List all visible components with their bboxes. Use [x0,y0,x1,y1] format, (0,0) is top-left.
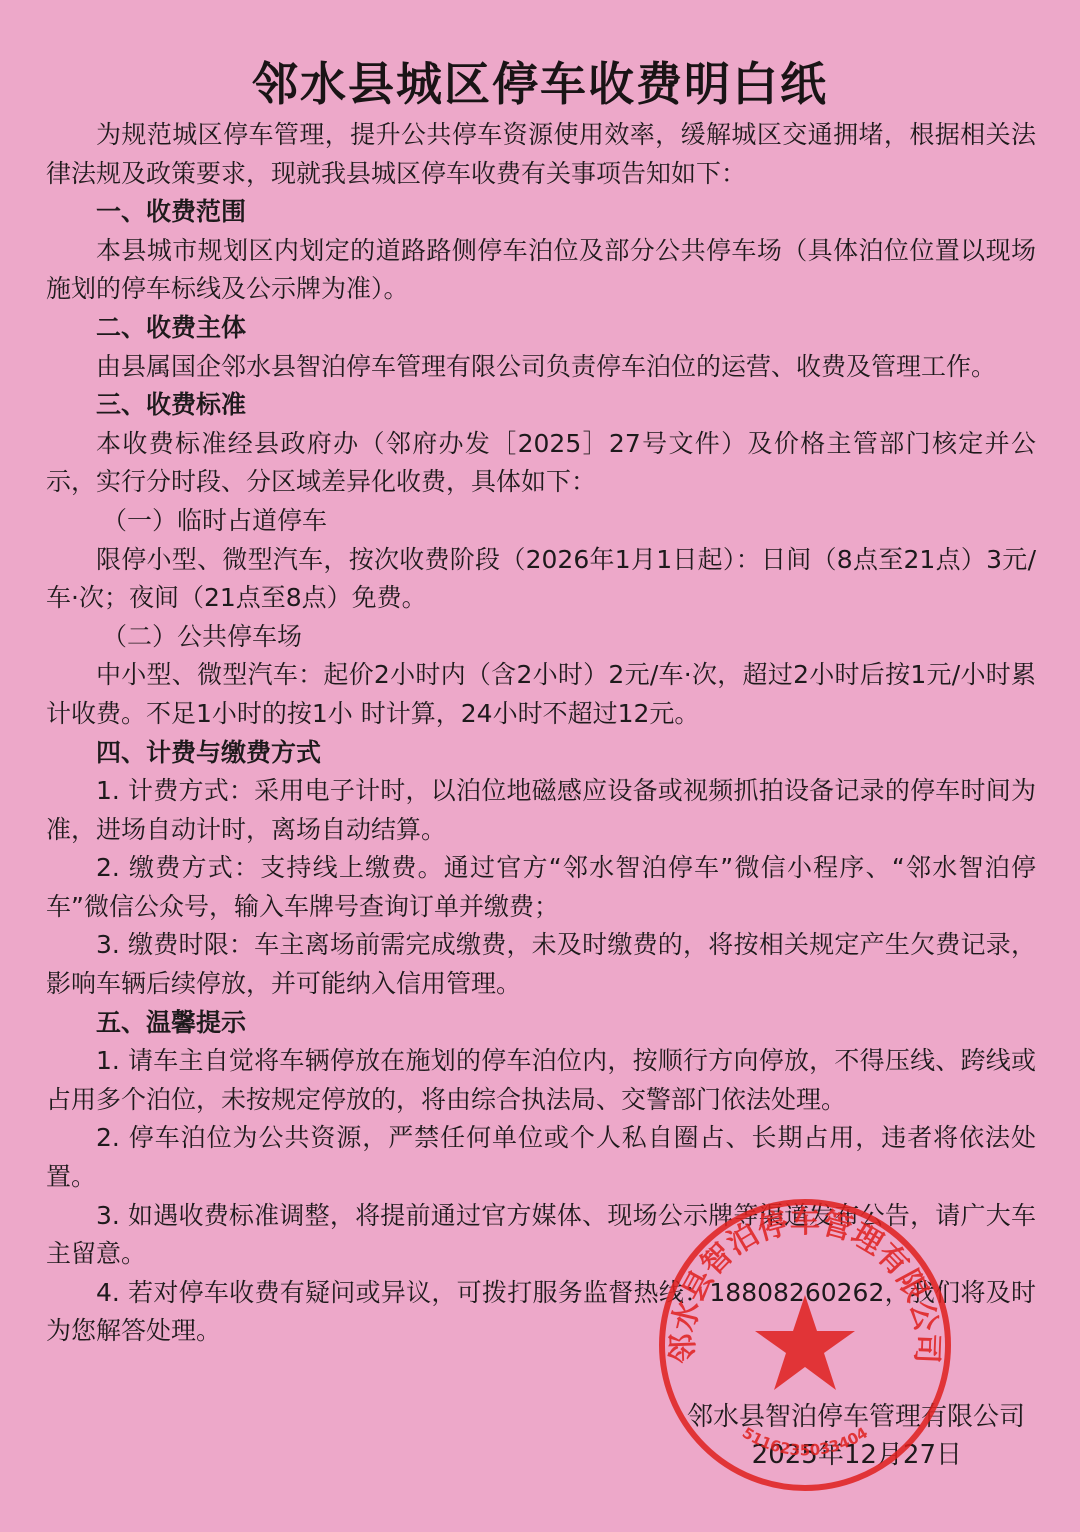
subsection-heading-roadside: （一）临时占道停车 [46,502,1036,541]
subsection-heading-public-lot: （二）公共停车场 [46,618,1036,657]
section-heading-tips: 五、温馨提示 [46,1004,1036,1043]
section-paragraph: 2. 停车泊位为公共资源，严禁任何单位或个人私自圈占、长期占用，违者将依法处置。 [46,1119,1036,1196]
section-paragraph: 3. 如遇收费标准调整，将提前通过官方媒体、现场公示牌等渠道发布公告，请广大车主… [46,1197,1036,1274]
signature-company: 邻水县智泊停车管理有限公司 [0,1396,1025,1433]
section-paragraph: 4. 若对停车收费有疑问或异议，可拨打服务监督热线：18808260262，我们… [46,1274,1036,1351]
section-heading-standard: 三、收费标准 [46,386,1036,425]
document-body: 为规范城区停车管理，提升公共停车资源使用效率，缓解城区交通拥堵，根据相关法律法规… [46,116,1036,1351]
section-paragraph: 1. 计费方式：采用电子计时，以泊位地磁感应设备或视频抓拍设备记录的停车时间为准… [46,772,1036,849]
signature-date: 2025年12月27日 [0,1434,962,1471]
section-heading-scope: 一、收费范围 [46,193,1036,232]
section-paragraph: 2. 缴费方式：支持线上缴费。通过官方“邻水智泊停车”微信小程序、“邻水智泊停车… [46,849,1036,926]
section-paragraph: 3. 缴费时限：车主离场前需完成缴费，未及时缴费的，将按相关规定产生欠费记录，影… [46,926,1036,1003]
section-heading-operator: 二、收费主体 [46,309,1036,348]
section-paragraph: 本县城市规划区内划定的道路路侧停车泊位及部分公共停车场（具体泊位位置以现场施划的… [46,232,1036,309]
document-title: 邻水县城区停车收费明白纸 [0,48,1080,114]
intro-paragraph: 为规范城区停车管理，提升公共停车资源使用效率，缓解城区交通拥堵，根据相关法律法规… [46,116,1036,193]
section-heading-payment: 四、计费与缴费方式 [46,734,1036,773]
section-paragraph: 1. 请车主自觉将车辆停放在施划的停车泊位内，按顺行方向停放，不得压线、跨线或占… [46,1042,1036,1119]
subsection-text-public-lot: 中小型、微型汽车：起价2小时内（含2小时）2元/车·次，超过2小时后按1元/小时… [46,656,1036,733]
section-paragraph: 由县属国企邻水县智泊停车管理有限公司负责停车泊位的运营、收费及管理工作。 [46,348,1036,387]
subsection-text-roadside: 限停小型、微型汽车，按次收费阶段（2026年1月1日起）：日间（8点至21点）3… [46,541,1036,618]
section-paragraph: 本收费标准经县政府办（邻府办发［2025］27号文件）及价格主管部门核定并公示，… [46,425,1036,502]
